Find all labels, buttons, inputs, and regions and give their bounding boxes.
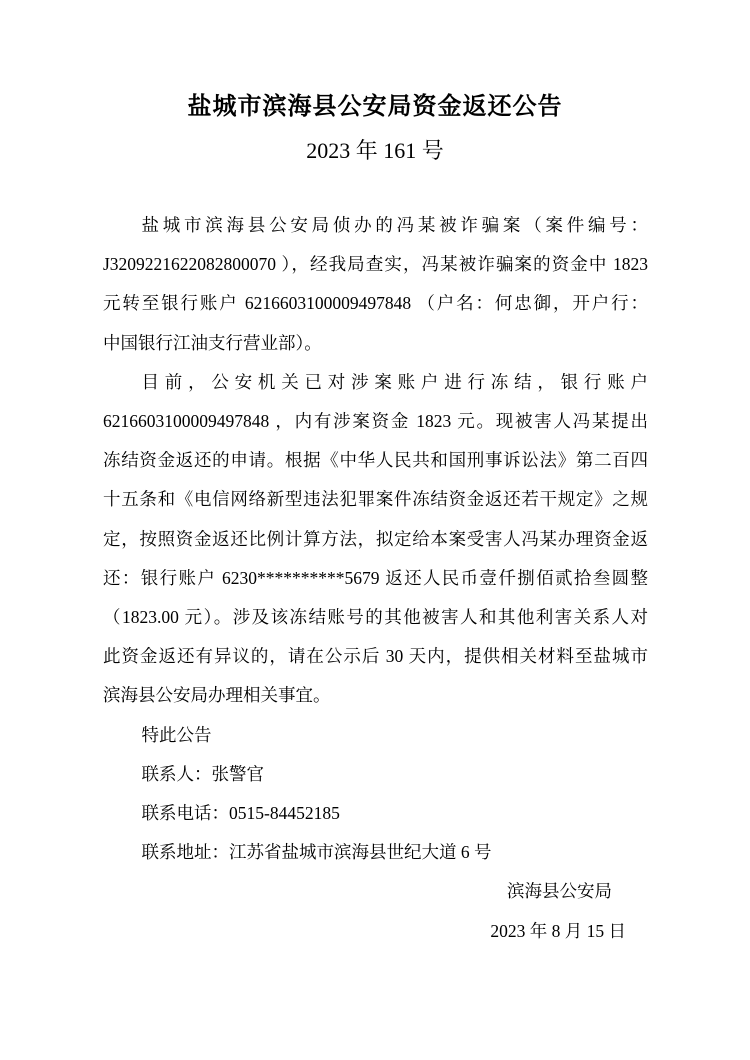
signature-date: 2023 年 8 月 15 日 (103, 912, 648, 951)
body-line: J3209221622082800070 ），经我局查实，冯某被诈骗案的资金中 … (103, 245, 648, 284)
body-line: 此资金返还有异议的，请在公示后 30 天内，提供相关材料至盐城市 (103, 637, 648, 676)
contact-address-line: 联系地址：江苏省盐城市滨海县世纪大道 6 号 (103, 833, 648, 872)
doc-number: 2023 年 161 号 (0, 136, 750, 166)
body-line: 十五条和《电信网络新型违法犯罪案件冻结资金返还若干规定》之规 (103, 480, 648, 519)
body-line: 还：银行账户 6230**********5679 返还人民币壹仟捌佰贰拾叁圆整 (103, 559, 648, 598)
body-line: 滨海县公安局办理相关事宜。 (103, 676, 648, 715)
body-line: （1823.00 元）。涉及该冻结账号的其他被害人和其他利害关系人对 (103, 598, 648, 637)
body-line: 元转至银行账户 6216603100009497848 （户名：何忠御，开户行： (103, 284, 648, 323)
closing-line: 特此公告 (103, 716, 648, 755)
announcement-page: 盐城市滨海县公安局资金返还公告 2023 年 161 号 盐城市滨海县公安局侦办… (0, 0, 750, 1060)
contact-phone-line: 联系电话：0515-84452185 (103, 794, 648, 833)
body-line: 中国银行江油支行营业部）。 (103, 324, 648, 363)
page-title: 盐城市滨海县公安局资金返还公告 (0, 0, 750, 124)
body-line: 目前，公安机关已对涉案账户进行冻结，银行账户 (103, 363, 648, 402)
announcement-body: 盐城市滨海县公安局侦办的冯某被诈骗案（案件编号： J32092216220828… (103, 206, 648, 951)
body-line: 盐城市滨海县公安局侦办的冯某被诈骗案（案件编号： (103, 206, 648, 245)
contact-person-line: 联系人：张警官 (103, 755, 648, 794)
signature-agency: 滨海县公安局 (103, 872, 648, 911)
body-line: 6216603100009497848 ，内有涉案资金 1823 元。现被害人冯… (103, 402, 648, 441)
body-line: 定，按照资金返还比例计算方法，拟定给本案受害人冯某办理资金返 (103, 520, 648, 559)
body-line: 冻结资金返还的申请。根据《中华人民共和国刑事诉讼法》第二百四 (103, 441, 648, 480)
